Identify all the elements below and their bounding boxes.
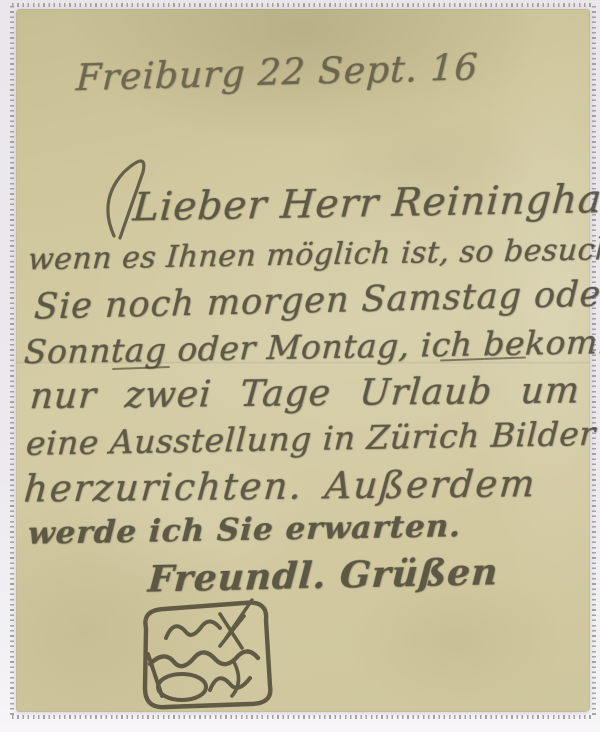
handwriting-line: eine Ausstellung in Zürich Bilder [25,414,597,463]
salutation-line: Lieber Herr Reininghaus [131,176,600,230]
handwriting-line: Sie noch morgen Samstag oder [33,274,600,327]
handwriting-line: werde ich Sie erwarten. [27,508,462,552]
handwriting-line: herzurichten. Außerdem [22,462,538,510]
perforation-edge-bottom [12,715,592,719]
dateline: Freiburg 22 Sept. 16 [75,48,479,100]
letter-card: Freiburg 22 Sept. 16 Lieber Herr Reining… [16,9,590,712]
photo-backdrop: Freiburg 22 Sept. 16 Lieber Herr Reining… [0,0,600,732]
handwriting-line: nur zwei Tage Urlaub um für [28,370,600,418]
perforation-edge-top [12,3,592,7]
perforation-edge-left [10,6,14,716]
signature-line: Freundl. Grüßen [147,551,500,600]
hand-drawn-stamp-sketch [132,598,278,714]
